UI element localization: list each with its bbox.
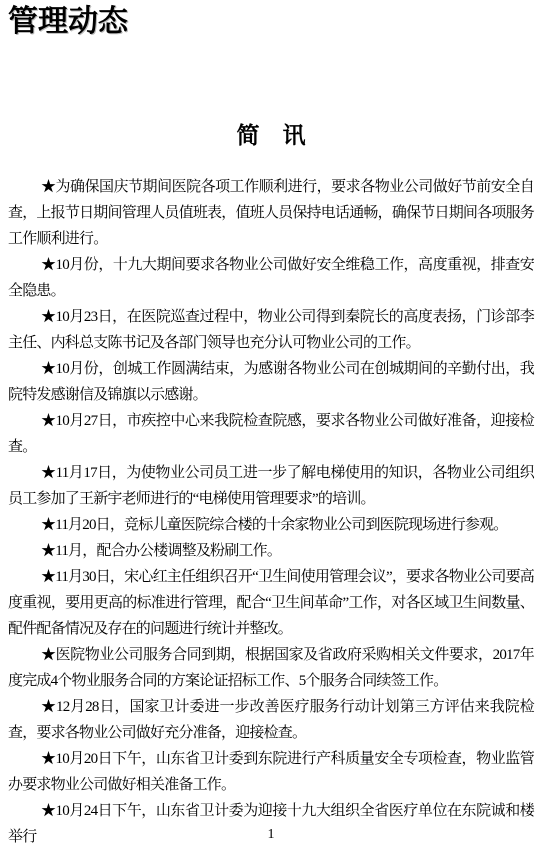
news-item: ★11月，配合办公楼调整及粉刷工作。 [8,538,534,564]
news-list: ★为确保国庆节期间医院各项工作顺利进行，要求各物业公司做好节前安全自查，上报节日… [8,174,534,849]
page-title: 管理动态 [8,4,128,40]
news-item: ★11月30日，宋心红主任组织召开“卫生间使用管理会议”，要求各物业公司要高度重… [8,564,534,642]
page-number: 1 [0,826,542,844]
section-heading: 简 讯 [0,122,542,150]
news-item: ★11月20日，竞标儿童医院综合楼的十余家物业公司到医院现场进行参观。 [8,512,534,538]
news-item: ★10月27日，市疾控中心来我院检查院感，要求各物业公司做好准备，迎接检查。 [8,408,534,460]
news-item: ★医院物业公司服务合同到期，根据国家及省政府采购相关文件要求，2017年度完成4… [8,642,534,694]
news-item: ★10月份，创城工作圆满结束，为感谢各物业公司在创城期间的辛勤付出，我院特发感谢… [8,356,534,408]
news-item: ★10月23日，在医院巡查过程中，物业公司得到秦院长的高度表扬，门诊部李主任、内… [8,304,534,356]
news-item: ★12月28日，国家卫计委进一步改善医疗服务行动计划第三方评估来我院检查，要求各… [8,694,534,746]
news-item: ★为确保国庆节期间医院各项工作顺利进行，要求各物业公司做好节前安全自查，上报节日… [8,174,534,252]
news-item: ★10月份，十九大期间要求各物业公司做好安全维稳工作，高度重视，排查安全隐患。 [8,252,534,304]
news-item: ★10月20日下午，山东省卫计委到东院进行产科质量安全专项检查，物业监管办要求物… [8,746,534,798]
news-item: ★11月17日，为使物业公司员工进一步了解电梯使用的知识，各物业公司组织员工参加… [8,460,534,512]
document-page: 管理动态 简 讯 ★为确保国庆节期间医院各项工作顺利进行，要求各物业公司做好节前… [0,0,542,849]
